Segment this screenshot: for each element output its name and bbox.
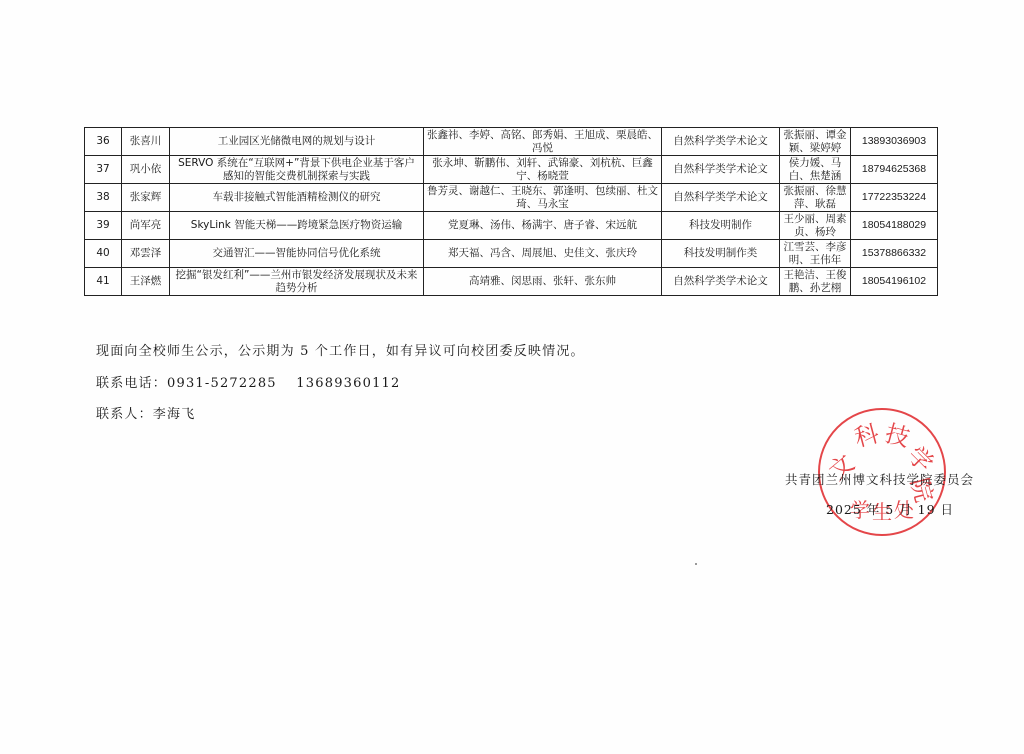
table-row: 36张喜川工业园区光储微电网的规划与设计张鑫祎、李婷、高铭、郎秀娟、王旭成、栗晨… (85, 128, 938, 156)
phone-number: 18054196102 (851, 268, 938, 296)
project-table: 36张喜川工业园区光储微电网的规划与设计张鑫祎、李婷、高铭、郎秀娟、王旭成、栗晨… (84, 127, 938, 296)
project-category: 自然科学类学术论文 (662, 268, 780, 296)
table-row: 37巩小依SERVO 系统在“互联网+”背景下供电企业基于客户感知的智能交费机制… (85, 156, 938, 184)
phone-number: 17722353224 (851, 184, 938, 212)
table-row: 40邓雲泽交通智汇——智能协同信号优化系统郑天福、冯含、周展旭、史佳文、张庆玲科… (85, 240, 938, 268)
row-number: 36 (85, 128, 122, 156)
row-number: 38 (85, 184, 122, 212)
table-row: 39尚军亮SkyLink 智能天梯——跨境紧急医疗物资运输党夏琳、汤伟、杨满宇、… (85, 212, 938, 240)
contact-person: 联系人：李海飞 (96, 403, 195, 422)
project-category: 自然科学类学术论文 (662, 128, 780, 156)
advisors: 王少丽、周素贞、杨玲 (780, 212, 851, 240)
project-title: 工业园区光储微电网的规划与设计 (170, 128, 424, 156)
advisors: 张振丽、徐慧萍、耿磊 (780, 184, 851, 212)
signature-org: 共青团兰州博文科技学院委员会 (785, 470, 974, 488)
project-category: 科技发明制作 (662, 212, 780, 240)
leader-name: 尚军亮 (122, 212, 170, 240)
phone-number: 18794625368 (851, 156, 938, 184)
team-members: 郑天福、冯含、周展旭、史佳文、张庆玲 (424, 240, 662, 268)
project-category: 自然科学类学术论文 (662, 184, 780, 212)
document-page: 36张喜川工业园区光储微电网的规划与设计张鑫祎、李婷、高铭、郎秀娟、王旭成、栗晨… (0, 0, 1024, 754)
advisors: 王艳洁、王俊鹏、孙艺栩 (780, 268, 851, 296)
table-row: 41王泽燃挖掘“银发红利”——兰州市银发经济发展现状及未来趋势分析高靖雅、闵思雨… (85, 268, 938, 296)
project-category: 科技发明制作类 (662, 240, 780, 268)
advisors: 江雪芸、李彦明、王伟年 (780, 240, 851, 268)
notice-text: 现面向全校师生公示，公示期为 5 个工作日，如有异议可向校团委反映情况。 (96, 340, 585, 359)
phone-number: 18054188029 (851, 212, 938, 240)
team-members: 张永坤、靳鹏伟、刘轩、武锦豪、刘杭杭、巨鑫宁、杨晓萱 (424, 156, 662, 184)
seal-char: 技 (882, 413, 914, 453)
leader-name: 王泽燃 (122, 268, 170, 296)
table-row: 38张家辉车载非接触式智能酒精检测仪的研究鲁芳灵、谢越仁、王晓东、郭逢明、包续丽… (85, 184, 938, 212)
project-title: SkyLink 智能天梯——跨境紧急医疗物资运输 (170, 212, 424, 240)
team-members: 党夏琳、汤伟、杨满宇、唐子睿、宋远航 (424, 212, 662, 240)
leader-name: 巩小依 (122, 156, 170, 184)
scan-speck (695, 563, 697, 565)
team-members: 鲁芳灵、谢越仁、王晓东、郭逢明、包续丽、杜文琦、马永宝 (424, 184, 662, 212)
project-title: SERVO 系统在“互联网+”背景下供电企业基于客户感知的智能交费机制探索与实践 (170, 156, 424, 184)
project-title: 车载非接触式智能酒精检测仪的研究 (170, 184, 424, 212)
leader-name: 张家辉 (122, 184, 170, 212)
row-number: 37 (85, 156, 122, 184)
project-title: 交通智汇——智能协同信号优化系统 (170, 240, 424, 268)
row-number: 39 (85, 212, 122, 240)
phone-number: 15378866332 (851, 240, 938, 268)
row-number: 40 (85, 240, 122, 268)
team-members: 张鑫祎、李婷、高铭、郎秀娟、王旭成、栗晨皓、冯悦 (424, 128, 662, 156)
contact-phone: 联系电话：0931-5272285 13689360112 (96, 372, 401, 391)
seal-char: 科 (850, 413, 882, 453)
signature-date: 2025 年 5 月 19 日 (826, 500, 954, 518)
advisors: 张振丽、谭金颖、梁婷婷 (780, 128, 851, 156)
phone-number: 13893036903 (851, 128, 938, 156)
advisors: 侯力媛、马白、焦楚涵 (780, 156, 851, 184)
row-number: 41 (85, 268, 122, 296)
team-members: 高靖雅、闵思雨、张轩、张东帅 (424, 268, 662, 296)
project-category: 自然科学类学术论文 (662, 156, 780, 184)
leader-name: 张喜川 (122, 128, 170, 156)
project-title: 挖掘“银发红利”——兰州市银发经济发展现状及未来趋势分析 (170, 268, 424, 296)
leader-name: 邓雲泽 (122, 240, 170, 268)
